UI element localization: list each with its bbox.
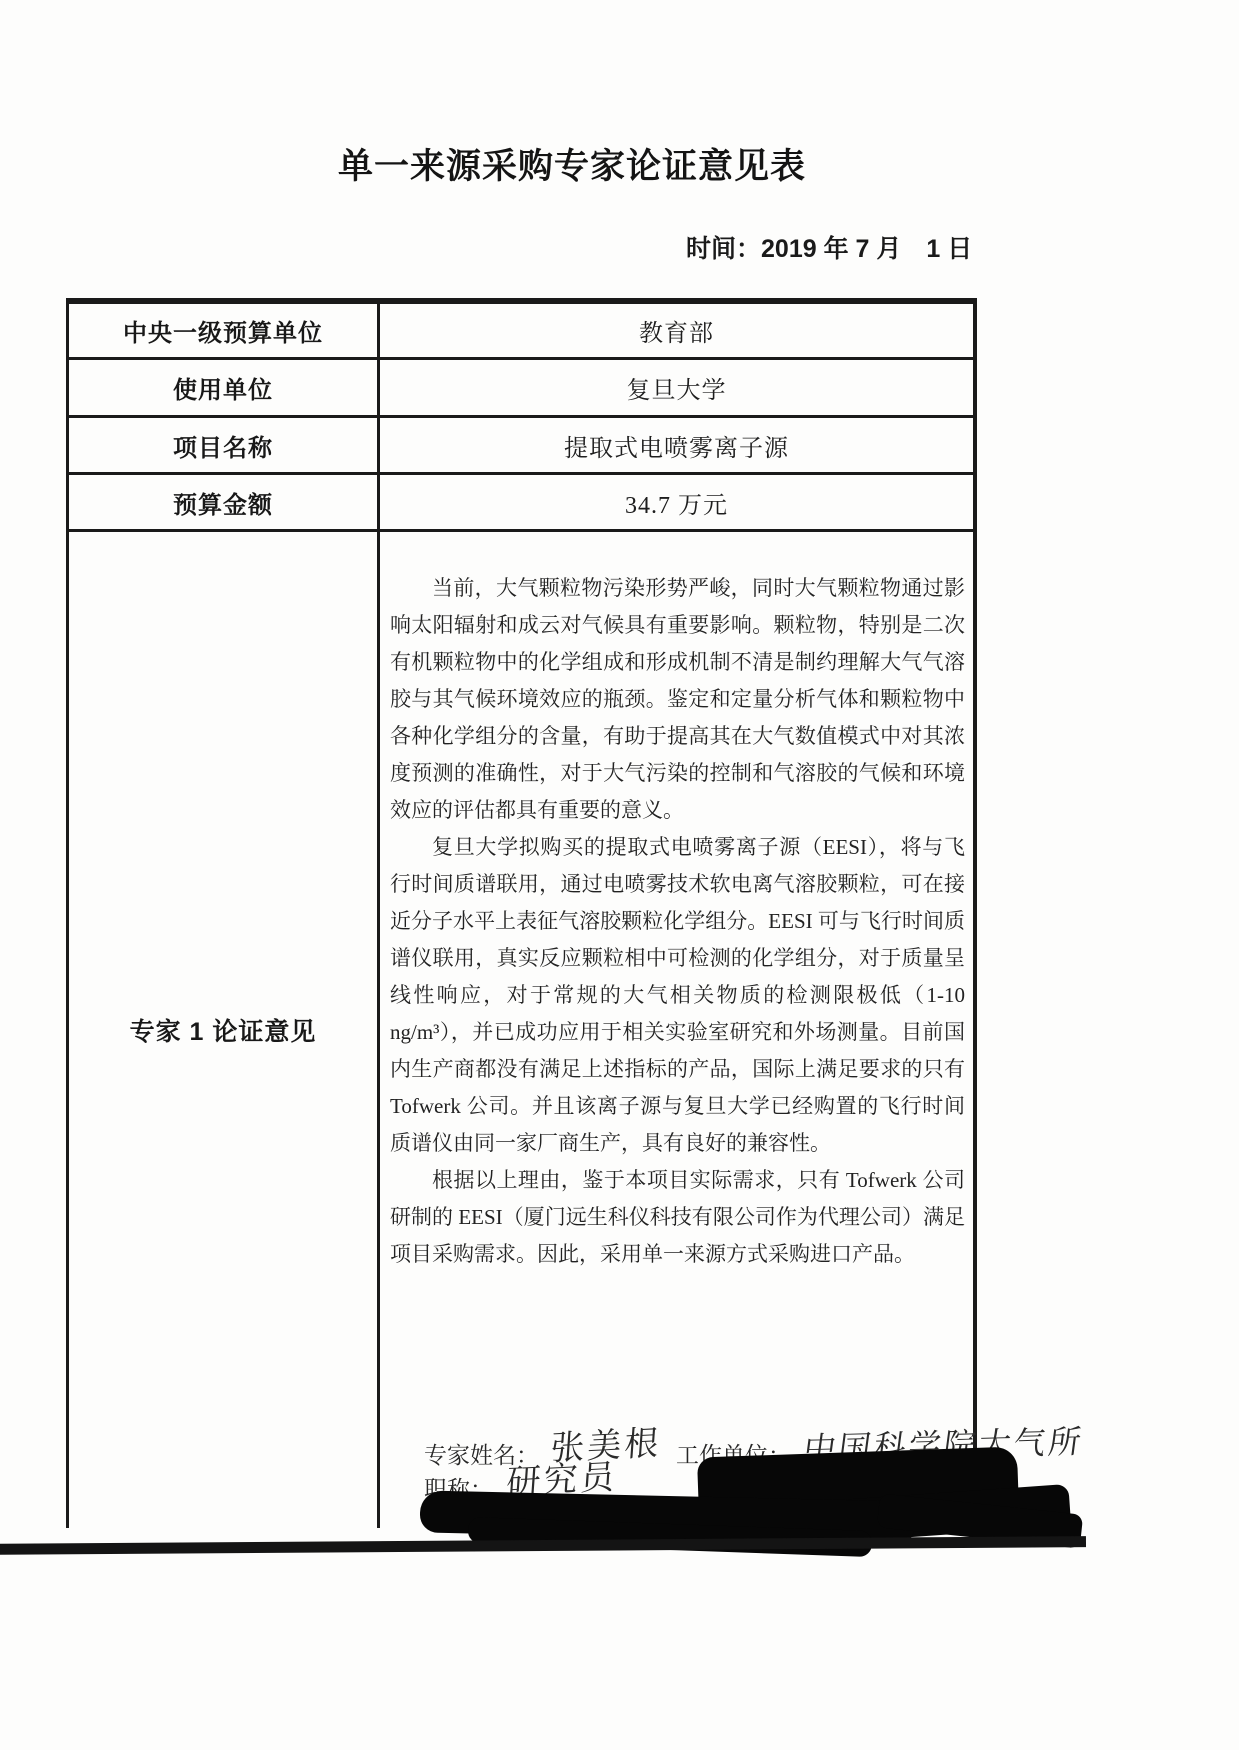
row-value-project-name: 提取式电喷雾离子源 bbox=[380, 418, 973, 472]
expert-opinion-label: 专家 1 论证意见 bbox=[69, 532, 380, 1528]
table-row: 使用单位 复旦大学 bbox=[69, 360, 973, 418]
row-label-budget-amount: 预算金额 bbox=[69, 475, 380, 529]
expert-opinion-row: 专家 1 论证意见 当前，大气颗粒物污染形势严峻，同时大气颗粒物通过影响太阳辐射… bbox=[69, 532, 973, 1528]
date-line: 时间：2019 年 7 月 1 日 bbox=[686, 234, 972, 264]
row-label-using-unit: 使用单位 bbox=[69, 360, 380, 415]
row-value-budget-unit: 教育部 bbox=[380, 304, 973, 357]
expert-opinion-body: 当前，大气颗粒物污染形势严峻，同时大气颗粒物通过影响太阳辐射和成云对气候具有重要… bbox=[380, 532, 973, 1528]
date-value: 2019 年 7 月 1 日 bbox=[761, 235, 972, 263]
scanned-document-page: 单一来源采购专家论证意见表 时间：2019 年 7 月 1 日 中央一级预算单位… bbox=[0, 0, 1239, 1750]
row-label-project-name: 项目名称 bbox=[69, 418, 380, 472]
opinion-paragraph-2: 复旦大学拟购买的提取式电喷雾离子源（EESI），将与飞行时间质谱联用，通过电喷雾… bbox=[390, 829, 965, 1162]
row-value-budget-amount: 34.7 万元 bbox=[380, 475, 973, 529]
opinion-paragraph-1: 当前，大气颗粒物污染形势严峻，同时大气颗粒物通过影响太阳辐射和成云对气候具有重要… bbox=[390, 570, 965, 829]
document-title: 单一来源采购专家论证意见表 bbox=[338, 146, 806, 188]
table-bottom-scan-edge bbox=[0, 1536, 1086, 1555]
row-value-using-unit: 复旦大学 bbox=[380, 360, 973, 415]
table-row: 预算金额 34.7 万元 bbox=[69, 475, 973, 532]
form-table: 中央一级预算单位 教育部 使用单位 复旦大学 项目名称 提取式电喷雾离子源 预算… bbox=[66, 298, 977, 1528]
date-label: 时间： bbox=[686, 235, 761, 263]
table-row: 中央一级预算单位 教育部 bbox=[69, 304, 973, 360]
opinion-paragraph-3: 根据以上理由，鉴于本项目实际需求，只有 Tofwerk 公司研制的 EESI（厦… bbox=[390, 1162, 965, 1273]
table-row: 项目名称 提取式电喷雾离子源 bbox=[69, 418, 973, 475]
row-label-budget-unit: 中央一级预算单位 bbox=[69, 304, 380, 357]
